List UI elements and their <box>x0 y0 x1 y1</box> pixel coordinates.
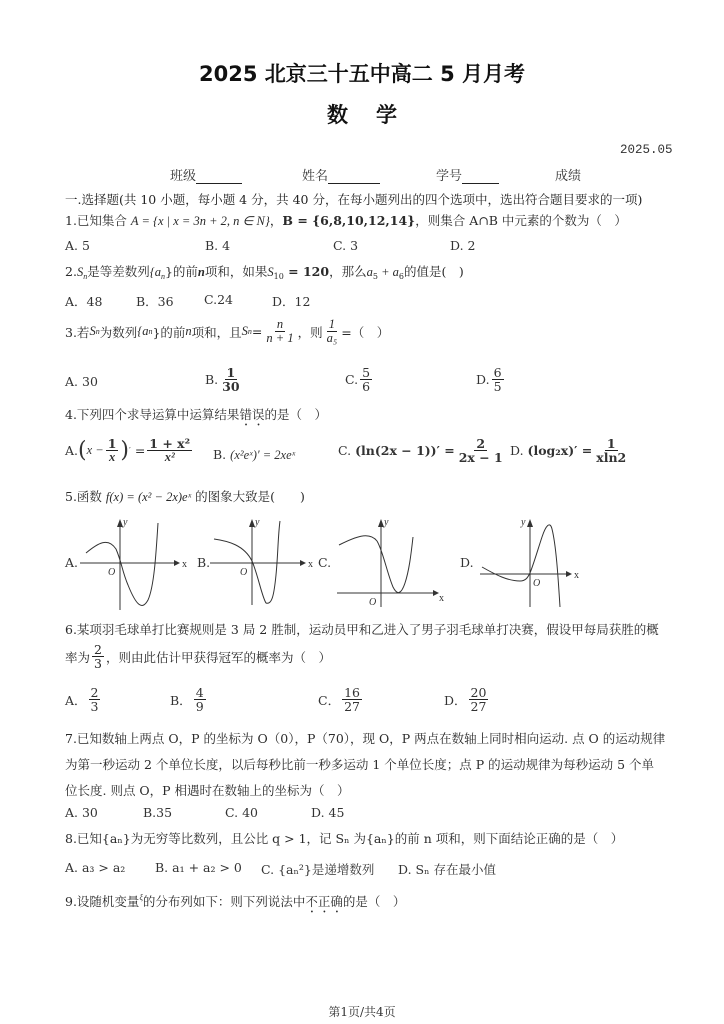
q6-a-label: A． <box>65 691 87 709</box>
name-blank[interactable] <box>328 169 380 184</box>
q6-d-frac: 2027 <box>469 686 489 713</box>
q3-b-label: B. <box>205 372 218 387</box>
x-axis-label: x <box>308 559 313 570</box>
question-7-line-1: 7.已知数轴上两点 O，P 的坐标为 O（0），P（70），现 O，P 两点在数… <box>65 729 665 747</box>
q6-d-num: 20 <box>469 686 489 700</box>
q4-a-rhs-num: 1 + x² <box>147 437 192 451</box>
q3-d-frac: 65 <box>492 366 504 393</box>
q4-c-frac: 22x − 1 <box>457 437 505 464</box>
q9-text-a: 9.设随机变量 <box>65 894 139 909</box>
question-7-line-3: 位长度. 则点 O，P 相遇时在数轴上的坐标为（ ） <box>65 781 350 799</box>
q5-graph-c[interactable]: y x O <box>335 515 455 610</box>
q1-option-c[interactable]: C. 3 <box>333 238 358 253</box>
q4-c-lhs: (ln(2x − 1))′ = <box>355 443 455 458</box>
q6-den: 3 <box>92 657 104 670</box>
q3-c-num: 5 <box>360 366 372 380</box>
y-axis-label: y <box>122 517 128 528</box>
q6-b-label: B． <box>170 691 192 709</box>
set-b: B = {6,8,10,12,14} <box>282 213 415 228</box>
q3-fraction: nn + 1 <box>264 318 295 345</box>
q1-suffix: ，则集合 A∩B 中元素的个数为（ ） <box>415 213 627 228</box>
q2-text-o: 的值是( ) <box>404 264 464 279</box>
q3-fraction-2: 1a₅ <box>325 318 340 345</box>
q3-c-den: 6 <box>360 380 372 393</box>
class-blank[interactable] <box>196 169 242 184</box>
q9-text-b: 的分布列如下：则下列说法中 <box>143 894 306 909</box>
q3-prefix: 3.若 <box>65 323 89 341</box>
q4-emphasis: 错误 <box>239 407 264 422</box>
q3-text4: ，则 <box>298 323 323 341</box>
q2-n: n <box>198 265 205 279</box>
question-6-line-1: 6.某项羽毛球单打比赛规则是 3 局 2 胜制，运动员甲和乙进入了男子羽毛球单打… <box>65 620 659 638</box>
q4-a-lhs-frac: 1x <box>106 437 119 464</box>
q5-option-d-label[interactable]: D. <box>460 555 474 570</box>
q6-option-d[interactable]: D． 2027 <box>444 686 490 713</box>
q3-c-frac: 56 <box>360 366 372 393</box>
student-id-label: 学号 <box>436 169 462 184</box>
q6-a-frac: 23 <box>89 686 101 713</box>
q3-text3: 项和，且 <box>192 323 242 341</box>
q4-option-d[interactable]: D. (log₂x)′ = 1xln2 <box>510 437 630 464</box>
origin-label: O <box>533 578 540 589</box>
q2-prefix: 2. <box>65 264 77 279</box>
question-4-stem: 4.下列四个求导运算中运算结果错误的是（ ） <box>65 405 327 429</box>
q4-a-label: A. <box>65 443 78 458</box>
q4-a-lhs-num: 1 <box>106 437 119 451</box>
q6-option-c[interactable]: C． 1627 <box>318 686 364 713</box>
class-label: 班级 <box>170 169 196 184</box>
q4-text-c: 的是（ ） <box>264 407 327 422</box>
q2-a6: + a <box>378 265 399 279</box>
q1-option-d[interactable]: D. 2 <box>450 238 475 253</box>
q3-option-c[interactable]: C. 56 <box>345 366 374 393</box>
question-3-stem: 3.若Sn为数列{an}的前n项和，且Sn = nn + 1 ，则 1a₅ =（… <box>65 318 389 345</box>
prime: ′ <box>129 446 131 455</box>
question-7-line-2: 为第一秒运动 2 个单位长度，以后每秒比前一秒多运动 1 个单位长度；点 P 的… <box>65 755 654 773</box>
y-axis-label: y <box>520 517 526 528</box>
q3-b-num: 1 <box>225 366 238 380</box>
q4-d-num: 1 <box>605 437 618 451</box>
q3-text2: }的前 <box>152 323 185 341</box>
q6-text-b: ，则由此估计甲获得冠军的概率为（ ） <box>106 648 331 666</box>
q5-text-c: 的图象大致是( ) <box>195 489 305 504</box>
q3-frac-den: n + 1 <box>264 332 295 345</box>
q6-b-num: 4 <box>194 686 206 700</box>
q4-c-num: 2 <box>474 437 487 451</box>
exam-title: 2025 北京三十五中高二 5 月月考 <box>0 58 724 88</box>
q3-text5: =（ ） <box>341 323 389 341</box>
paren-open: ( <box>78 438 87 463</box>
q3-option-b[interactable]: B. 130 <box>205 366 244 393</box>
q4-a-lhs: x − <box>87 443 104 458</box>
set-a: A = {x | x = 3n + 2, n ∈ N} <box>131 214 270 228</box>
q3-b-frac: 130 <box>220 366 241 393</box>
q2-text-j: ，那么 <box>329 264 367 279</box>
q6-d-den: 27 <box>469 700 489 713</box>
q1-option-b[interactable]: B. 4 <box>205 238 230 253</box>
q3-eq: = <box>252 324 262 339</box>
q4-b-label: B. <box>213 447 226 462</box>
q3-frac2-den: a₅ <box>325 332 340 345</box>
q6-option-b[interactable]: B． 49 <box>170 686 208 713</box>
name-field[interactable]: 姓名 <box>302 165 380 184</box>
q6-b-den: 9 <box>194 700 206 713</box>
q3-text: 为数列 <box>100 323 138 341</box>
q6-text-a: 率为 <box>65 648 90 666</box>
q3-b-den: 30 <box>220 380 241 393</box>
y-axis-label: y <box>383 517 389 528</box>
q8-option-d[interactable]: D. Sₙ 存在最小值 <box>398 860 496 878</box>
q4-c-label: C. <box>338 443 351 458</box>
score-field: 成绩 <box>555 165 581 184</box>
q5-graph-d[interactable]: y x O <box>478 515 588 610</box>
q6-c-label: C． <box>318 691 340 709</box>
q3-seq: {a <box>137 324 148 339</box>
q3-option-a[interactable]: A. 30 <box>65 374 98 389</box>
q4-option-a[interactable]: A. (x − 1x)′ = 1 + x²x² <box>65 437 194 464</box>
q5-option-c-label[interactable]: C. <box>318 555 331 570</box>
q6-d-label: D． <box>444 691 467 709</box>
origin-label: O <box>369 597 376 608</box>
score-label: 成绩 <box>555 169 581 184</box>
question-2-stem: 2.Sn是等差数列{an}的前n项和，如果S10 = 120，那么a5 + a6… <box>65 262 464 281</box>
q3-option-d[interactable]: D. 65 <box>476 366 506 393</box>
question-9-stem: 9.设随机变量ξ的分布列如下：则下列说法中不正确的是（ ） <box>65 892 405 916</box>
question-8-stem: 8.已知{aₙ}为无穷等比数列，且公比 q > 1，记 Sₙ 为{aₙ}的前 n… <box>65 829 623 847</box>
q2-text-d: }的前 <box>165 264 198 279</box>
q3-a-value: 30 <box>82 374 98 389</box>
q4-option-c[interactable]: C. (ln(2x − 1))′ = 22x − 1 <box>338 437 507 464</box>
q4-a-lhs-den: x <box>107 451 117 464</box>
q5-graph-b[interactable]: y x O <box>208 515 318 610</box>
x-axis-label: x <box>574 570 579 581</box>
q8-option-a[interactable]: A. a₃ > a₂ <box>65 860 125 875</box>
q3-frac2-num: 1 <box>327 318 337 332</box>
q6-c-den: 27 <box>342 700 362 713</box>
q2-option-c[interactable]: C.24 <box>204 292 233 307</box>
q6-num: 2 <box>92 643 104 657</box>
q1-prefix: 1.已知集合 <box>65 213 131 228</box>
q2-option-d[interactable]: D．12 <box>272 292 310 310</box>
q3-d-den: 5 <box>492 380 504 393</box>
class-field[interactable]: 班级 <box>170 165 242 184</box>
q2-text-f: 项和，如果 <box>205 264 268 279</box>
q4-text-a: 4.下列四个求导运算中运算结果 <box>65 407 239 422</box>
q2-option-b[interactable]: B．36 <box>136 292 174 310</box>
q4-d-frac: 1xln2 <box>594 437 628 464</box>
q3-c-label: C. <box>345 372 358 387</box>
q1-option-a[interactable]: A. 5 <box>65 238 90 253</box>
q4-b-expr: (x²eˣ)′ = 2xeˣ <box>230 448 295 462</box>
q6-fraction: 23 <box>92 643 104 670</box>
subject-title: 数学 <box>0 99 724 129</box>
q4-c-den: 2x − 1 <box>457 451 505 464</box>
section-heading: 一.选择题(共 10 小题，每小题 4 分，共 40 分，在每小题列出的四个选项… <box>65 190 642 208</box>
q6-b-frac: 49 <box>194 686 206 713</box>
q1-sep: ， <box>270 213 283 228</box>
q6-c-num: 16 <box>342 686 362 700</box>
question-6-line-2: 率为 23 ，则由此估计甲获得冠军的概率为（ ） <box>65 643 331 670</box>
q4-d-den: xln2 <box>594 451 628 464</box>
q7-option-c[interactable]: C. 40 <box>225 805 258 820</box>
q6-a-num: 2 <box>89 686 101 700</box>
question-5-stem: 5.函数 f(x) = (x² − 2x)eˣ 的图象大致是( ) <box>65 487 305 505</box>
q5-function: f(x) = (x² − 2x)eˣ <box>106 490 191 504</box>
q4-a-rhs-frac: 1 + x²x² <box>147 437 192 464</box>
q2-seq: {a <box>150 265 161 279</box>
origin-label: O <box>108 567 115 578</box>
q2-text-b: 是等差数列 <box>87 264 150 279</box>
q6-option-a[interactable]: A． 23 <box>65 686 102 713</box>
q4-option-b[interactable]: B. (x²eˣ)′ = 2xeˣ <box>213 447 295 463</box>
q2-value: = 120 <box>284 264 329 279</box>
q5-text-a: 5.函数 <box>65 489 102 504</box>
q6-c-frac: 1627 <box>342 686 362 713</box>
q3-frac-num: n <box>275 318 285 332</box>
question-1-stem: 1.已知集合 A = {x | x = 3n + 2, n ∈ N}，B = {… <box>65 211 627 229</box>
x-axis-label: x <box>439 593 444 604</box>
q9-text-d: 的是（ ） <box>343 894 406 909</box>
q2-s10-sub: 10 <box>274 272 284 281</box>
q8-option-b[interactable]: B. a₁ + a₂ > 0 <box>155 860 242 875</box>
name-label: 姓名 <box>302 169 328 184</box>
q3-d-label: D. <box>476 372 490 387</box>
q6-a-den: 3 <box>89 700 101 713</box>
paren-close: ) <box>120 438 129 463</box>
q4-d-lhs: (log₂x)′ = <box>528 443 593 458</box>
exam-date: 2025.05 <box>620 143 673 157</box>
q9-emphasis: 不正确 <box>305 894 343 909</box>
q5-option-a-label[interactable]: A. <box>65 555 78 570</box>
student-id-blank[interactable] <box>462 169 499 184</box>
student-id-field[interactable]: 学号 <box>436 165 499 184</box>
q3-a-label: A. <box>65 374 78 389</box>
q7-option-a[interactable]: A. 30 <box>65 805 98 820</box>
q3-d-num: 6 <box>492 366 504 380</box>
x-axis-label: x <box>182 559 187 570</box>
q4-d-label: D. <box>510 443 524 458</box>
y-axis-label: y <box>254 517 260 528</box>
q4-a-rhs-den: x² <box>163 451 177 464</box>
q5-graph-a[interactable]: y x O <box>78 515 188 610</box>
origin-label: O <box>240 567 247 578</box>
q7-option-b[interactable]: B.35 <box>143 805 172 820</box>
page-number: 第1页/共4页 <box>0 1003 724 1020</box>
q2-option-a[interactable]: A．48 <box>65 292 102 310</box>
q8-option-c[interactable]: C. {aₙ²}是递增数列 <box>261 860 374 878</box>
q7-option-d[interactable]: D. 45 <box>311 805 344 820</box>
